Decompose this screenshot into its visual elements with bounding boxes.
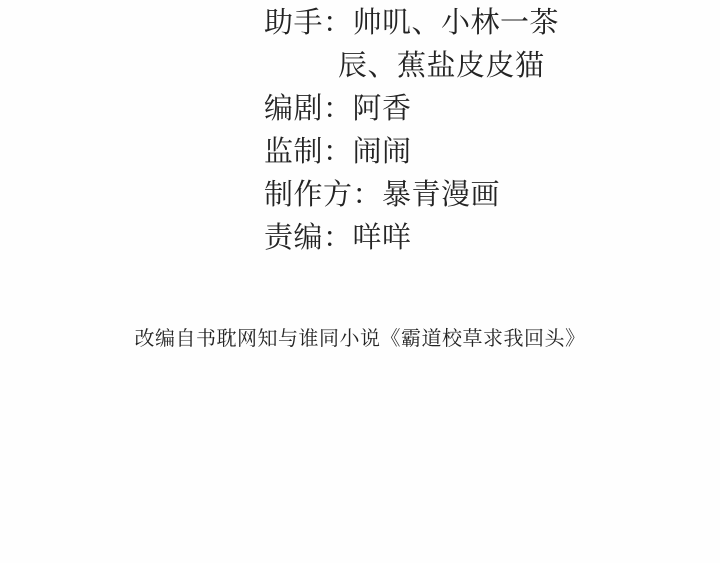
- credits-line-producer: 制作方：暴青漫画: [264, 174, 559, 217]
- credits-block: 助手：帅叽、小林一茶 辰、蕉盐皮皮猫 编剧：阿香 监制：闹闹 制作方：暴青漫画 …: [264, 2, 559, 260]
- credits-line-assistant: 助手：帅叽、小林一茶: [264, 2, 559, 45]
- credits-line-screenwriter: 编剧：阿香: [264, 88, 559, 131]
- adaptation-note: 改编自书耽网知与谁同小说《霸道校草求我回头》: [0, 324, 720, 354]
- credits-line-assistant-continued: 辰、蕉盐皮皮猫: [264, 45, 559, 88]
- credits-line-supervisor: 监制：闹闹: [264, 131, 559, 174]
- comic-credits-page: 助手：帅叽、小林一茶 辰、蕉盐皮皮猫 编剧：阿香 监制：闹闹 制作方：暴青漫画 …: [0, 0, 720, 563]
- credits-line-editor: 责编：咩咩: [264, 217, 559, 260]
